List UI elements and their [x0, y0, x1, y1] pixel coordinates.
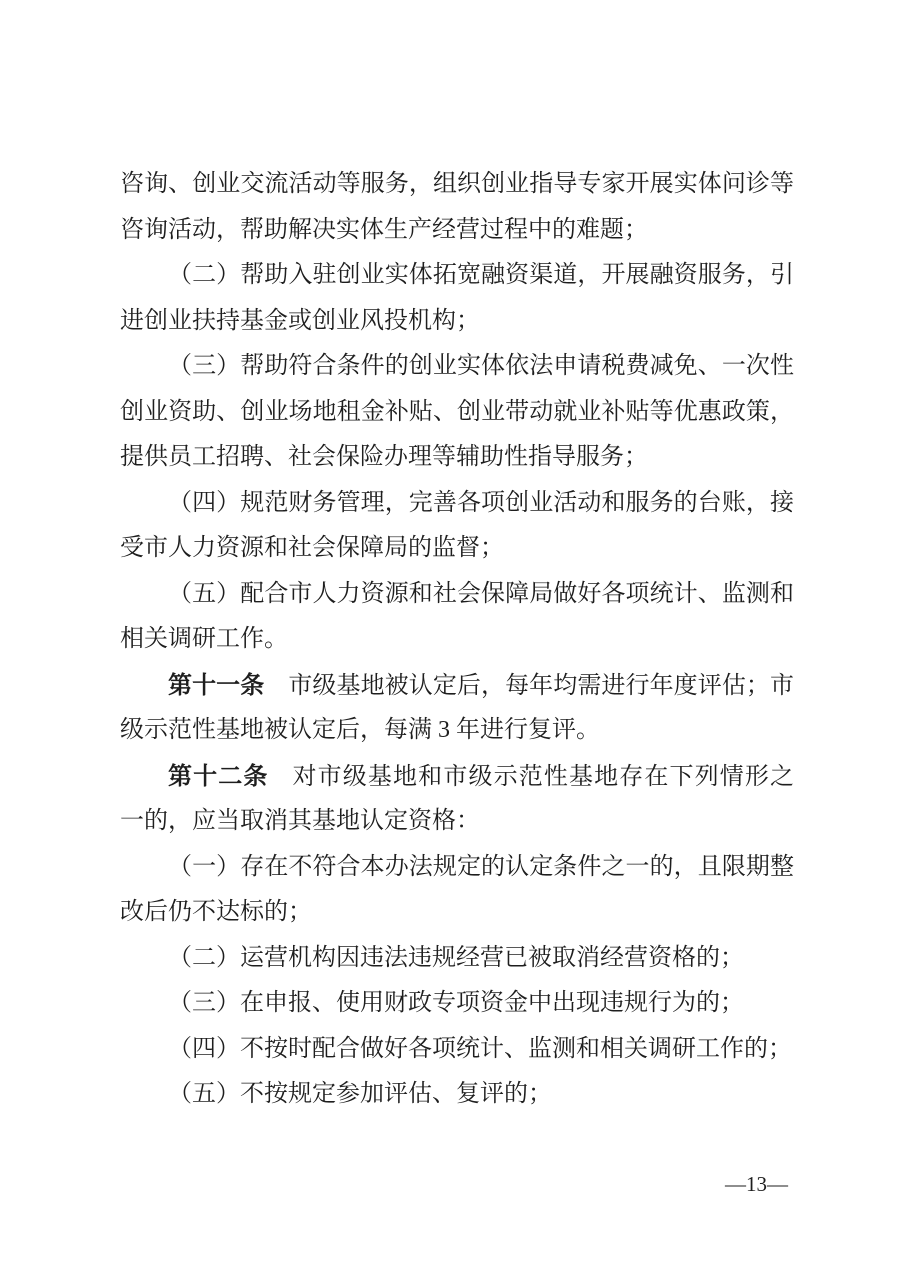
text-line: 相关调研工作。 [120, 617, 794, 663]
text-line: 一的，应当取消其基地认定资格： [120, 799, 794, 845]
text-line: （四）规范财务管理，完善各项创业活动和服务的台账，接 [120, 481, 794, 527]
paragraph: （一）存在不符合本办法规定的认定条件之一的，且限期整改后仍不达标的； [120, 845, 794, 936]
paragraph: （二）运营机构因违法违规经营已被取消经营资格的； [120, 936, 794, 982]
text-line: 咨询活动，帮助解决实体生产经营过程中的难题； [120, 208, 794, 254]
article-number: 第十二条 [168, 763, 269, 790]
article-number: 第十一条 [168, 672, 264, 699]
document-body: 咨询、创业交流活动等服务，组织创业指导专家开展实体问诊等咨询活动，帮助解决实体生… [120, 162, 794, 1118]
text-line: （五）配合市人力资源和社会保障局做好各项统计、监测和 [120, 572, 794, 618]
text-line: （二）帮助入驻创业实体拓宽融资渠道，开展融资服务，引 [120, 253, 794, 299]
text-line: 受市人力资源和社会保障局的监督； [120, 526, 794, 572]
text-line: 第十一条市级基地被认定后，每年均需进行年度评估；市 [120, 663, 794, 709]
text-line: 改后仍不达标的； [120, 890, 794, 936]
paragraph: （四）不按时配合做好各项统计、监测和相关调研工作的； [120, 1027, 794, 1073]
text-line: （五）不按规定参加评估、复评的； [120, 1072, 794, 1118]
text-line: 创业资助、创业场地租金补贴、创业带动就业补贴等优惠政策， [120, 390, 794, 436]
paragraph: 第十二条对市级基地和市级示范性基地存在下列情形之一的，应当取消其基地认定资格： [120, 754, 794, 845]
page-number: —13— [725, 1172, 788, 1196]
text-line: （二）运营机构因违法违规经营已被取消经营资格的； [120, 936, 794, 982]
paragraph: （五）不按规定参加评估、复评的； [120, 1072, 794, 1118]
paragraph: （五）配合市人力资源和社会保障局做好各项统计、监测和相关调研工作。 [120, 572, 794, 663]
text-line: 提供员工招聘、社会保险办理等辅助性指导服务； [120, 435, 794, 481]
text-line: 级示范性基地被认定后，每满 3 年进行复评。 [120, 708, 794, 754]
paragraph: 咨询、创业交流活动等服务，组织创业指导专家开展实体问诊等咨询活动，帮助解决实体生… [120, 162, 794, 253]
paragraph: （三）在申报、使用财政专项资金中出现违规行为的； [120, 981, 794, 1027]
document-page: { "page": { "number": "—13—" }, "doc": {… [0, 0, 900, 1273]
paragraph: （四）规范财务管理，完善各项创业活动和服务的台账，接受市人力资源和社会保障局的监… [120, 481, 794, 572]
text-line: 第十二条对市级基地和市级示范性基地存在下列情形之 [120, 754, 794, 800]
paragraph: （二）帮助入驻创业实体拓宽融资渠道，开展融资服务，引进创业扶持基金或创业风投机构… [120, 253, 794, 344]
text-line: （四）不按时配合做好各项统计、监测和相关调研工作的； [120, 1027, 794, 1073]
text-line: 咨询、创业交流活动等服务，组织创业指导专家开展实体问诊等 [120, 162, 794, 208]
text-line: （三）在申报、使用财政专项资金中出现违规行为的； [120, 981, 794, 1027]
paragraph: 第十一条市级基地被认定后，每年均需进行年度评估；市级示范性基地被认定后，每满 3… [120, 663, 794, 754]
text-line: （一）存在不符合本办法规定的认定条件之一的，且限期整 [120, 845, 794, 891]
text-line: （三）帮助符合条件的创业实体依法申请税费减免、一次性 [120, 344, 794, 390]
paragraph: （三）帮助符合条件的创业实体依法申请税费减免、一次性创业资助、创业场地租金补贴、… [120, 344, 794, 481]
text-line: 进创业扶持基金或创业风投机构； [120, 299, 794, 345]
